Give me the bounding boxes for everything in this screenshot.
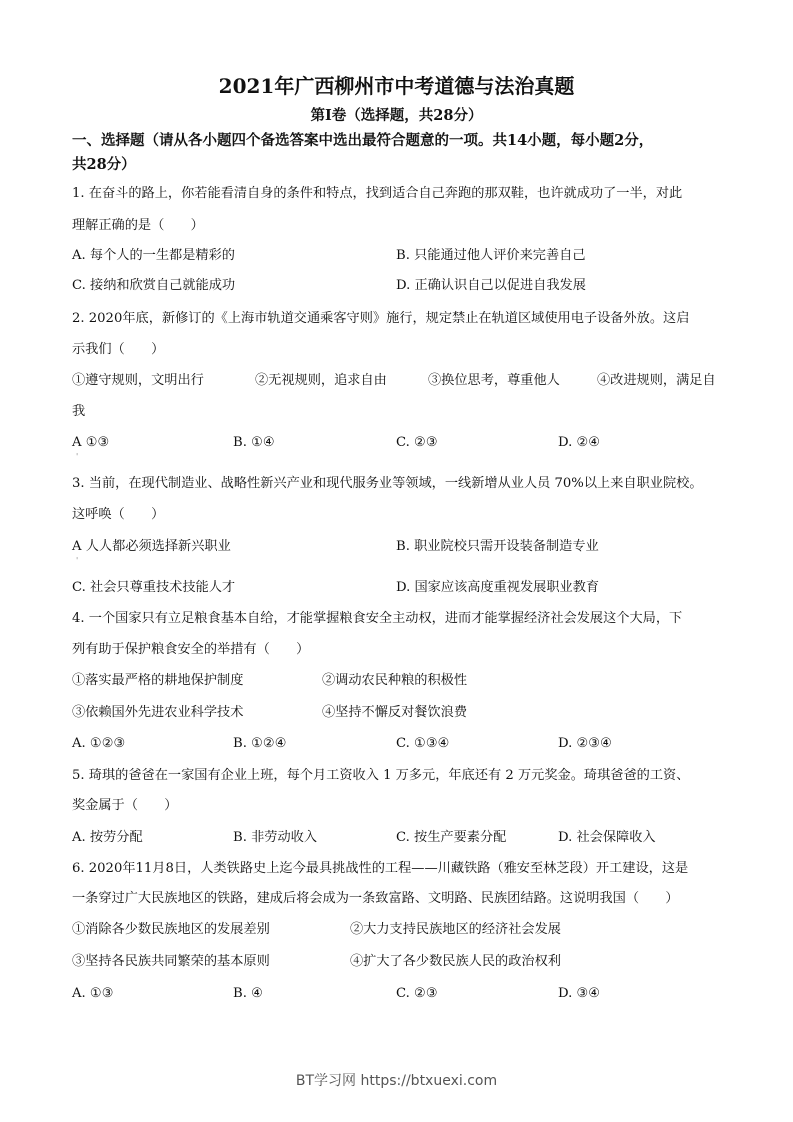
option-c: C. 按生产要素分配 xyxy=(396,829,506,847)
question-stem-line: 列有助于保护粮食安全的举措有（ ） xyxy=(72,641,309,659)
option-a: A. ①③ xyxy=(72,985,114,1003)
option-c: C. ①③④ xyxy=(396,735,449,753)
question-stem-line: 理解正确的是（ ） xyxy=(72,217,204,235)
exam-page: 2021年广西柳州市中考道德与法治真题 第Ⅰ卷（选择题，共28分） 一、选择题（… xyxy=(0,0,793,1122)
statement-3: ③依赖国外先进农业科学技术 xyxy=(72,704,243,722)
statement-2: ②无视规则，追求自由 xyxy=(255,372,387,390)
option-d: D. 社会保障收入 xyxy=(558,829,656,847)
option-d: D. 正确认识自己以促进自我发展 xyxy=(396,277,586,295)
option-a: A. 每个人的一生都是精彩的 xyxy=(72,247,235,265)
question-stem-line: 6. 2020年11月8日，人类铁路史上迄今最具挑战性的工程——川藏铁路（雅安至… xyxy=(72,860,688,878)
option-b: B. 非劳动收入 xyxy=(233,829,317,847)
statement-2: ②调动农民种粮的积极性 xyxy=(322,672,467,690)
option-d: D. ②③④ xyxy=(558,735,612,753)
statement-1: ①落实最严格的耕地保护制度 xyxy=(72,672,243,690)
statement-4: ④扩大了各少数民族人民的政治权利 xyxy=(350,953,561,971)
option-b: B. ④ xyxy=(233,985,263,1003)
statement-1: ①遵守规则，文明出行 xyxy=(72,372,204,390)
option-b: B. 只能通过他人评价来完善自己 xyxy=(396,247,586,265)
document-subtitle: 第Ⅰ卷（选择题，共28分） xyxy=(0,104,793,125)
option-a: A. ①②③ xyxy=(72,735,125,753)
option-d: D. 国家应该高度重视发展职业教育 xyxy=(396,579,599,597)
option-d: D. ②④ xyxy=(558,434,600,452)
option-a: A. 按劳分配 xyxy=(72,829,143,847)
question-stem-line: 一条穿过广大民族地区的铁路，建成后将会成为一条致富路、文明路、民族团结路。这说明… xyxy=(72,890,679,908)
question-stem-line: 3. 当前，在现代制造业、战略性新兴产业和现代服务业等领域，一线新增从业人员 7… xyxy=(72,475,703,493)
option-c: C. ②③ xyxy=(396,434,438,452)
option-a: A 人人都必须选择新兴职业 xyxy=(72,538,231,556)
statement-wrap: 我 xyxy=(72,403,85,421)
question-stem-line: 示我们（ ） xyxy=(72,341,164,359)
question-stem-line: 5. 琦琪的爸爸在一家国有企业上班，每个月工资收入 1 万多元，年底还有 2 万… xyxy=(72,767,689,785)
option-b: B. ①②④ xyxy=(233,735,287,753)
option-c: C. ②③ xyxy=(396,985,438,1003)
scan-mark: ' xyxy=(76,452,78,461)
question-stem-line: 1. 在奋斗的路上，你若能看清自身的条件和特点，找到适合自己奔跑的那双鞋，也许就… xyxy=(72,185,682,203)
option-a: A ①③ xyxy=(72,434,109,452)
footer-watermark: BT学习网 https://btxuexi.com xyxy=(0,1070,793,1090)
option-b: B. 职业院校只需开设装备制造专业 xyxy=(396,538,599,556)
question-stem-line: 2. 2020年底，新修订的《上海市轨道交通乘客守则》施行，规定禁止在轨道区域使… xyxy=(72,310,689,328)
section-heading-line-1: 一、选择题（请从各小题四个备选答案中选出最符合题意的一项。共14小题，每小题2分… xyxy=(72,129,722,153)
option-c: C. 社会只尊重技术技能人才 xyxy=(72,579,235,597)
question-stem-line: 奖金属于（ ） xyxy=(72,797,178,815)
statement-3: ③换位思考，尊重他人 xyxy=(428,372,560,390)
scan-mark: ' xyxy=(76,556,78,565)
question-stem-line: 这呼唤（ ） xyxy=(72,506,164,524)
document-title: 2021年广西柳州市中考道德与法治真题 xyxy=(0,70,793,99)
section-heading-line-2: 共28分） xyxy=(72,153,722,177)
question-stem-line: 4. 一个国家只有立足粮食基本自给，才能掌握粮食安全主动权，进而才能掌握经济社会… xyxy=(72,610,682,628)
option-d: D. ③④ xyxy=(558,985,600,1003)
statement-2: ②大力支持民族地区的经济社会发展 xyxy=(350,921,561,939)
statement-1: ①消除各少数民族地区的发展差别 xyxy=(72,921,270,939)
statement-4: ④改进规则，满足自 xyxy=(597,372,716,390)
option-b: B. ①④ xyxy=(233,434,275,452)
option-c: C. 接纳和欣赏自己就能成功 xyxy=(72,277,235,295)
statement-4: ④坚持不懈反对餐饮浪费 xyxy=(322,704,467,722)
statement-3: ③坚持各民族共同繁荣的基本原则 xyxy=(72,953,270,971)
section-heading: 一、选择题（请从各小题四个备选答案中选出最符合题意的一项。共14小题，每小题2分… xyxy=(72,129,722,177)
